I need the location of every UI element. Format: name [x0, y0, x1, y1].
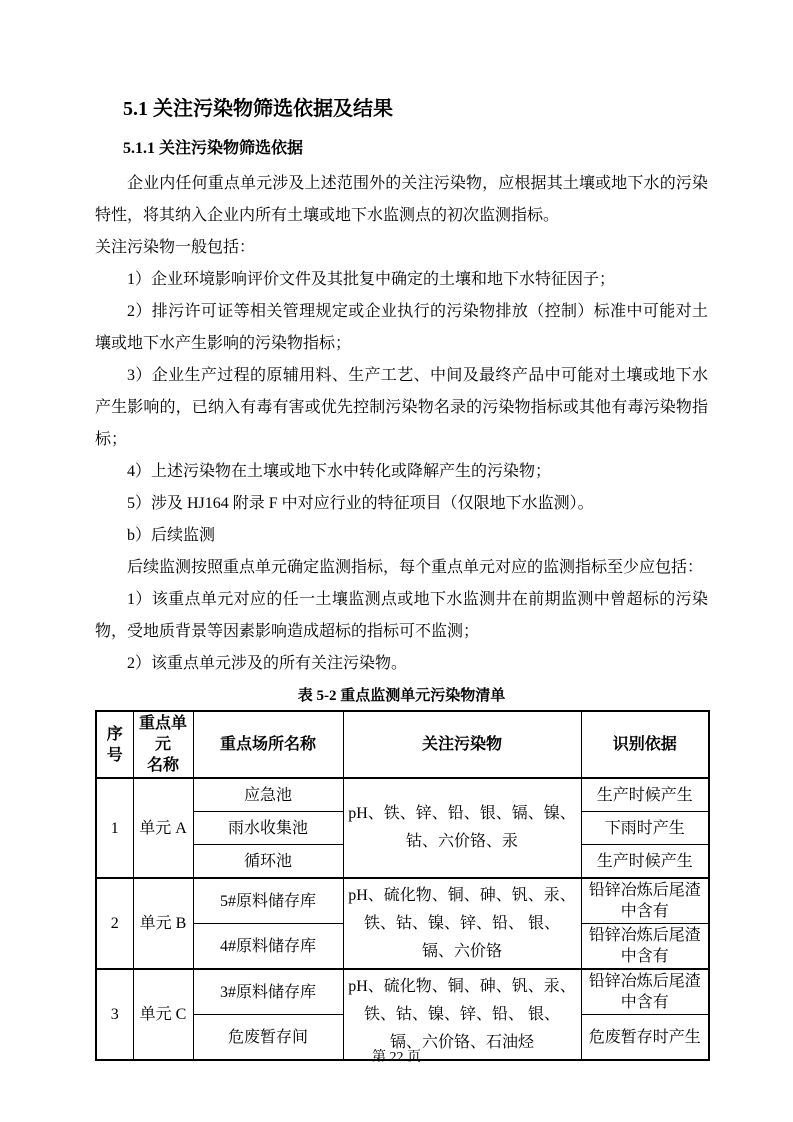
subsection-heading: 5.1.1 关注污染物筛选依据	[123, 138, 708, 160]
cell-pollutants: pH、铁、锌、铅、银、镉、镍、 钴、六价铬、汞	[343, 778, 581, 878]
col-header-unit-name: 重点单元 名称	[133, 711, 193, 778]
cell-serial: 1	[96, 778, 133, 878]
body-paragraph: 2）该重点单元涉及的所有关注污染物。	[95, 648, 708, 680]
body-paragraph: 企业内任何重点单元涉及上述范围外的关注污染物，应根据其土壤或地下水的污染特性，将…	[95, 168, 708, 232]
section-heading: 5.1 关注污染物筛选依据及结果	[123, 96, 708, 122]
col-header-site-name: 重点场所名称	[193, 711, 343, 778]
body-paragraph: 5）涉及 HJ164 附录 F 中对应行业的特征项目（仅限地下水监测）。	[95, 488, 708, 520]
body-paragraph: 1）企业环境影响评价文件及其批复中确定的土壤和地下水特征因子；	[95, 264, 708, 296]
page-footer: 第 22 页	[0, 1046, 793, 1066]
body-paragraph: 关注污染物一般包括：	[95, 232, 708, 264]
body-paragraph: 4）上述污染物在土壤或地下水中转化或降解产生的污染物；	[95, 456, 708, 488]
cell-basis: 铅锌冶炼后尾渣 中含有	[581, 969, 709, 1015]
cell-serial: 2	[96, 878, 133, 969]
cell-site-name: 循环池	[193, 845, 343, 879]
col-header-identification-basis: 识别依据	[581, 711, 709, 778]
cell-site-name: 应急池	[193, 778, 343, 812]
body-paragraph: 后续监测按照重点单元确定监测指标，每个重点单元对应的监测指标至少应包括：	[95, 552, 708, 584]
col-header-pollutants: 关注污染物	[343, 711, 581, 778]
cell-basis: 下雨时产生	[581, 812, 709, 845]
cell-basis: 生产时候产生	[581, 778, 709, 812]
cell-site-name: 4#原料储存库	[193, 924, 343, 970]
document-page: 5.1 关注污染物筛选依据及结果 5.1.1 关注污染物筛选依据 企业内任何重点…	[0, 0, 793, 1122]
cell-site-name: 5#原料储存库	[193, 878, 343, 924]
cell-site-name: 3#原料储存库	[193, 969, 343, 1015]
body-paragraph: b）后续监测	[95, 520, 708, 552]
cell-unit-name: 单元 B	[133, 878, 193, 969]
cell-basis: 铅锌冶炼后尾渣 中含有	[581, 878, 709, 924]
cell-unit-name: 单元 A	[133, 778, 193, 878]
col-header-serial: 序号	[96, 711, 133, 778]
body-paragraph: 1）该重点单元对应的任一土壤监测点或地下水监测井在前期监测中曾超标的污染物，受地…	[95, 584, 708, 648]
paragraph-block: 企业内任何重点单元涉及上述范围外的关注污染物，应根据其土壤或地下水的污染特性，将…	[95, 168, 708, 680]
cell-basis: 生产时候产生	[581, 845, 709, 879]
body-paragraph: 3）企业生产过程的原辅用料、生产工艺、中间及最终产品中可能对土壤或地下水产生影响…	[95, 360, 708, 456]
cell-site-name: 雨水收集池	[193, 812, 343, 845]
pollutant-table: 序号 重点单元 名称 重点场所名称 关注污染物 识别依据 1 单元 A 应急池 …	[95, 710, 710, 1061]
body-paragraph: 2）排污许可证等相关管理规定或企业执行的污染物排放（控制）标准中可能对土壤或地下…	[95, 296, 708, 360]
document-body: 5.1 关注污染物筛选依据及结果 5.1.1 关注污染物筛选依据 企业内任何重点…	[95, 96, 708, 1061]
table-row: 1 单元 A 应急池 pH、铁、锌、铅、银、镉、镍、 钴、六价铬、汞 生产时候产…	[96, 778, 709, 812]
cell-pollutants: pH、硫化物、铜、砷、钒、汞、 铁、钴、镍、锌、铅、 银、 镉、六价铬	[343, 878, 581, 969]
cell-basis: 铅锌冶炼后尾渣 中含有	[581, 924, 709, 970]
table-header-row: 序号 重点单元 名称 重点场所名称 关注污染物 识别依据	[96, 711, 709, 778]
table-caption: 表 5-2 重点监测单元污染物清单	[95, 685, 708, 707]
table-row: 3 单元 C 3#原料储存库 pH、硫化物、铜、砷、钒、汞、 铁、钴、镍、锌、铅…	[96, 969, 709, 1015]
table-row: 2 单元 B 5#原料储存库 pH、硫化物、铜、砷、钒、汞、 铁、钴、镍、锌、铅…	[96, 878, 709, 924]
